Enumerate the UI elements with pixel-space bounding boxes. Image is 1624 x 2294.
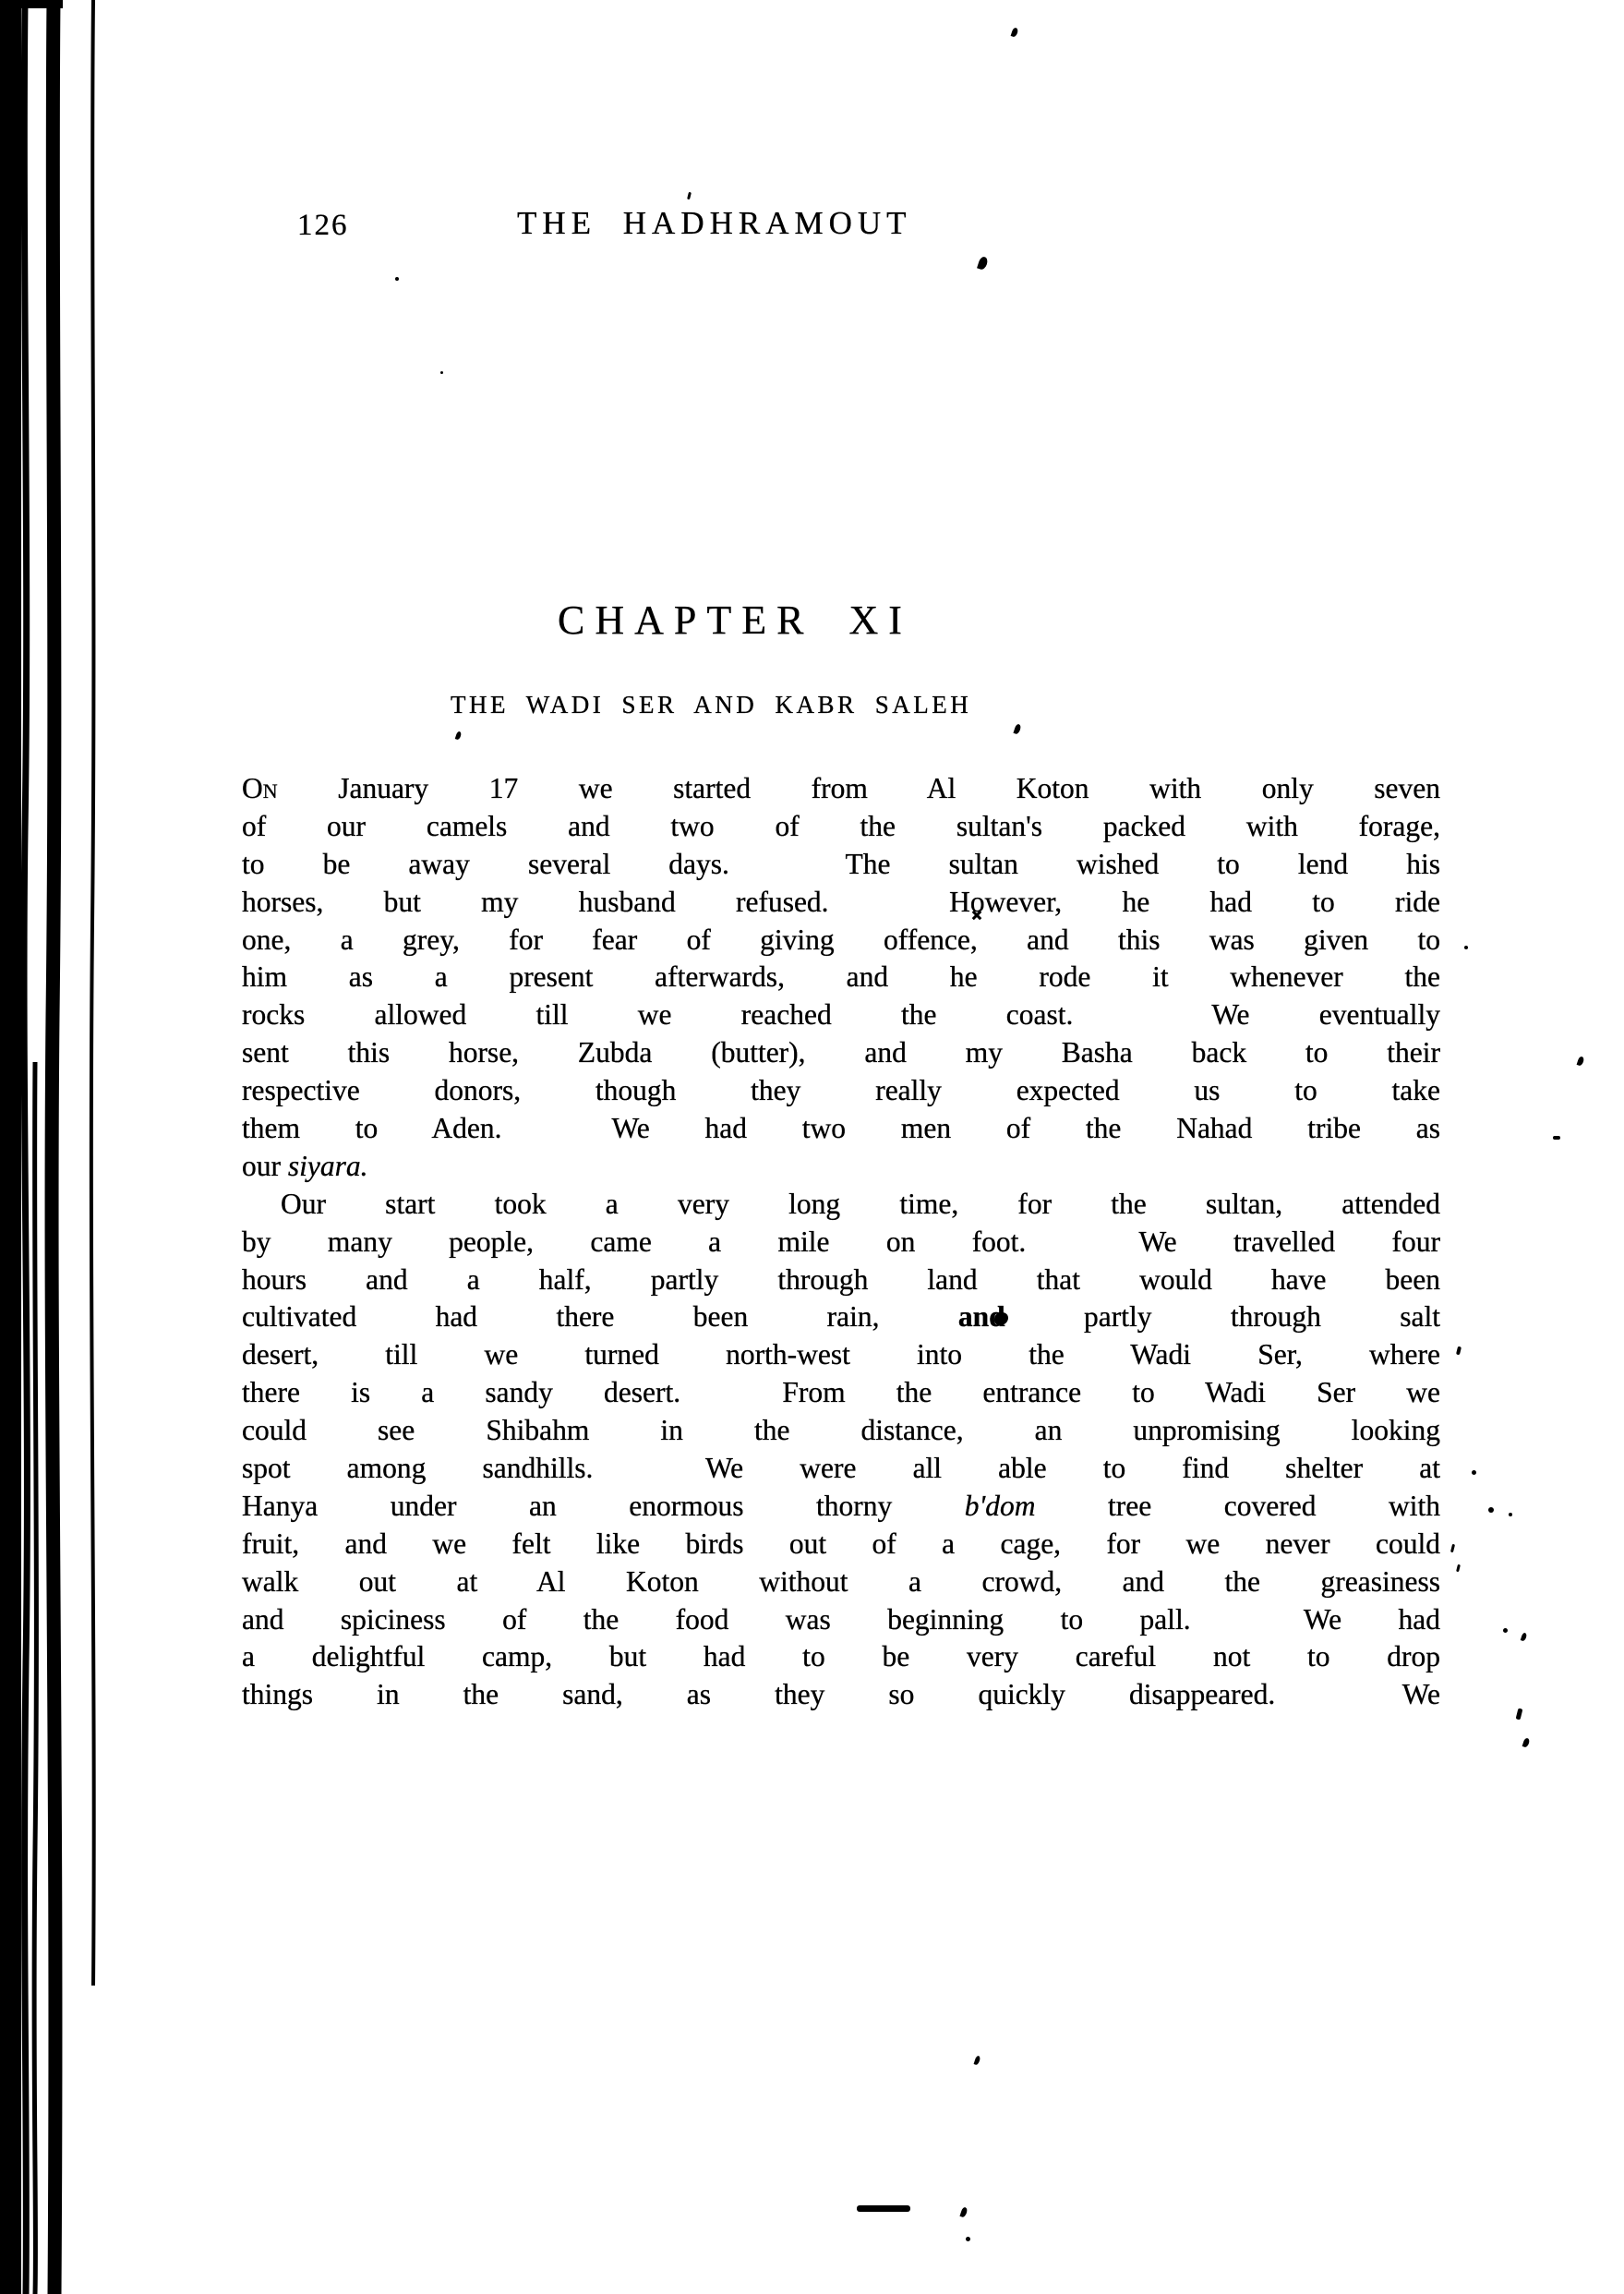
text-segment: one, a grey, for fear of giving offence,… bbox=[242, 924, 1440, 956]
text-segment: our bbox=[242, 1150, 288, 1182]
scan-speck bbox=[395, 277, 399, 281]
scan-speck bbox=[966, 2237, 970, 2241]
text-segment: n bbox=[263, 772, 278, 804]
gutter-shadow-artifact bbox=[0, 0, 148, 2294]
text-line: Hanya under an enormous thorny b'dom tre… bbox=[242, 1488, 1440, 1526]
text-segment: them to Aden. We had two men of the Naha… bbox=[242, 1112, 1440, 1144]
text-segment: him as a present afterwards, and he rode… bbox=[242, 960, 1440, 993]
text-segment: siyara. bbox=[288, 1150, 368, 1182]
text-segment: January 17 we started from Al Koton with… bbox=[278, 772, 1440, 804]
text-line: respective donors, though they really ex… bbox=[242, 1072, 1440, 1110]
text-segment: tree covered with bbox=[1036, 1490, 1440, 1522]
text-line: him as a present afterwards, and he rode… bbox=[242, 959, 1440, 996]
scan-speck bbox=[1521, 1632, 1528, 1641]
text-line: desert, till we turned north-west into t… bbox=[242, 1336, 1440, 1374]
text-line: Our start took a very long time, for the… bbox=[242, 1186, 1440, 1224]
text-line: horses, but my husband refused. However,… bbox=[242, 884, 1440, 922]
text-line: walk out at Al Koton without a crowd, an… bbox=[242, 1564, 1440, 1601]
text-segment: there is a sandy desert. From the entran… bbox=[242, 1376, 1440, 1408]
text-line: to be away several days. The sultan wish… bbox=[242, 846, 1440, 884]
text-line: spot among sandhills. We were all able t… bbox=[242, 1450, 1440, 1488]
text-line: a delightful camp, but had to be very ca… bbox=[242, 1638, 1440, 1676]
text-segment: things in the sand, as they so quickly d… bbox=[242, 1678, 1440, 1710]
text-segment: O bbox=[242, 772, 263, 804]
scan-speck bbox=[1456, 1346, 1462, 1356]
book-page-scan: 126 THE HADHRAMOUT CHAPTER XI THE WADI S… bbox=[0, 0, 1624, 2294]
text-line: hours and a half, partly through land th… bbox=[242, 1262, 1440, 1299]
scan-speck bbox=[440, 371, 443, 374]
text-segment: fruit, and we felt like birds out of a c… bbox=[242, 1527, 1440, 1560]
scan-speck bbox=[1516, 1708, 1523, 1720]
scan-speck bbox=[1472, 1470, 1476, 1475]
text-line: by many people, came a mile on foot. We … bbox=[242, 1224, 1440, 1262]
text-line: On January 17 we started from Al Koton w… bbox=[242, 770, 1440, 808]
text-segment: sent this horse, Zubda (butter), and my … bbox=[242, 1036, 1440, 1069]
scan-speck bbox=[1509, 1513, 1512, 1516]
scan-speck bbox=[455, 730, 463, 740]
scan-speck bbox=[1503, 1628, 1508, 1633]
text-segment: by many people, came a mile on foot. We … bbox=[242, 1225, 1440, 1258]
text-line: of our camels and two of the sultan's pa… bbox=[242, 808, 1440, 846]
scan-speck bbox=[1450, 1544, 1455, 1552]
scan-speck bbox=[1011, 27, 1019, 37]
text-segment: to be away several days. The sultan wish… bbox=[242, 848, 1440, 880]
running-head: THE HADHRAMOUT bbox=[517, 205, 912, 242]
scan-speck bbox=[1464, 946, 1468, 949]
scan-speck bbox=[1456, 1564, 1461, 1572]
text-segment: of our camels and two of the sultan's pa… bbox=[242, 810, 1440, 842]
scan-speck bbox=[971, 910, 982, 921]
text-line: one, a grey, for fear of giving offence,… bbox=[242, 922, 1440, 960]
text-segment: walk out at Al Koton without a crowd, an… bbox=[242, 1565, 1440, 1598]
page-number: 126 bbox=[297, 209, 349, 243]
scan-speck bbox=[1577, 1056, 1585, 1066]
scan-speck bbox=[857, 2205, 910, 2212]
chapter-title: CHAPTER XI bbox=[558, 597, 912, 644]
text-segment: could see Shibahm in the distance, an un… bbox=[242, 1414, 1440, 1446]
text-line: them to Aden. We had two men of the Naha… bbox=[242, 1110, 1440, 1148]
text-segment: Our start took a very long time, for the… bbox=[281, 1188, 1440, 1220]
scan-speck bbox=[1522, 1737, 1531, 1747]
text-line: things in the sand, as they so quickly d… bbox=[242, 1676, 1440, 1714]
text-segment: respective donors, though they really ex… bbox=[242, 1074, 1440, 1106]
chapter-subtitle: THE WADI SER AND KABR SALEH bbox=[451, 691, 971, 719]
scan-speck bbox=[1488, 1507, 1494, 1513]
scan-speck bbox=[1553, 1136, 1560, 1140]
scan-speck bbox=[974, 2055, 981, 2065]
text-segment: horses, but my husband refused. However,… bbox=[242, 886, 1440, 918]
scan-speck bbox=[977, 256, 989, 271]
text-segment: cultivated had there been rain, bbox=[242, 1300, 958, 1333]
text-segment: partly through salt bbox=[1005, 1300, 1440, 1333]
text-segment: rocks allowed till we reached the coast.… bbox=[242, 998, 1440, 1031]
body-text: On January 17 we started from Al Koton w… bbox=[242, 770, 1440, 1714]
text-line: there is a sandy desert. From the entran… bbox=[242, 1374, 1440, 1412]
text-line: cultivated had there been rain, and part… bbox=[242, 1298, 1440, 1336]
scan-speck bbox=[687, 192, 692, 199]
text-line: our siyara. bbox=[242, 1148, 1440, 1186]
text-line: sent this horse, Zubda (butter), and my … bbox=[242, 1034, 1440, 1072]
text-line: rocks allowed till we reached the coast.… bbox=[242, 996, 1440, 1034]
text-line: fruit, and we felt like birds out of a c… bbox=[242, 1526, 1440, 1564]
text-line: and spiciness of the food was beginning … bbox=[242, 1601, 1440, 1639]
text-line: could see Shibahm in the distance, an un… bbox=[242, 1412, 1440, 1450]
text-segment: desert, till we turned north-west into t… bbox=[242, 1338, 1440, 1370]
text-segment: a delightful camp, but had to be very ca… bbox=[242, 1640, 1440, 1672]
text-segment: and spiciness of the food was beginning … bbox=[242, 1603, 1440, 1636]
text-segment: Hanya under an enormous thorny bbox=[242, 1490, 965, 1522]
text-segment: spot among sandhills. We were all able t… bbox=[242, 1452, 1440, 1484]
text-segment: and bbox=[958, 1300, 1005, 1333]
text-segment: hours and a half, partly through land th… bbox=[242, 1263, 1440, 1296]
text-segment: b'dom bbox=[965, 1490, 1036, 1522]
scan-speck bbox=[1013, 723, 1021, 734]
scan-speck bbox=[959, 2206, 968, 2217]
